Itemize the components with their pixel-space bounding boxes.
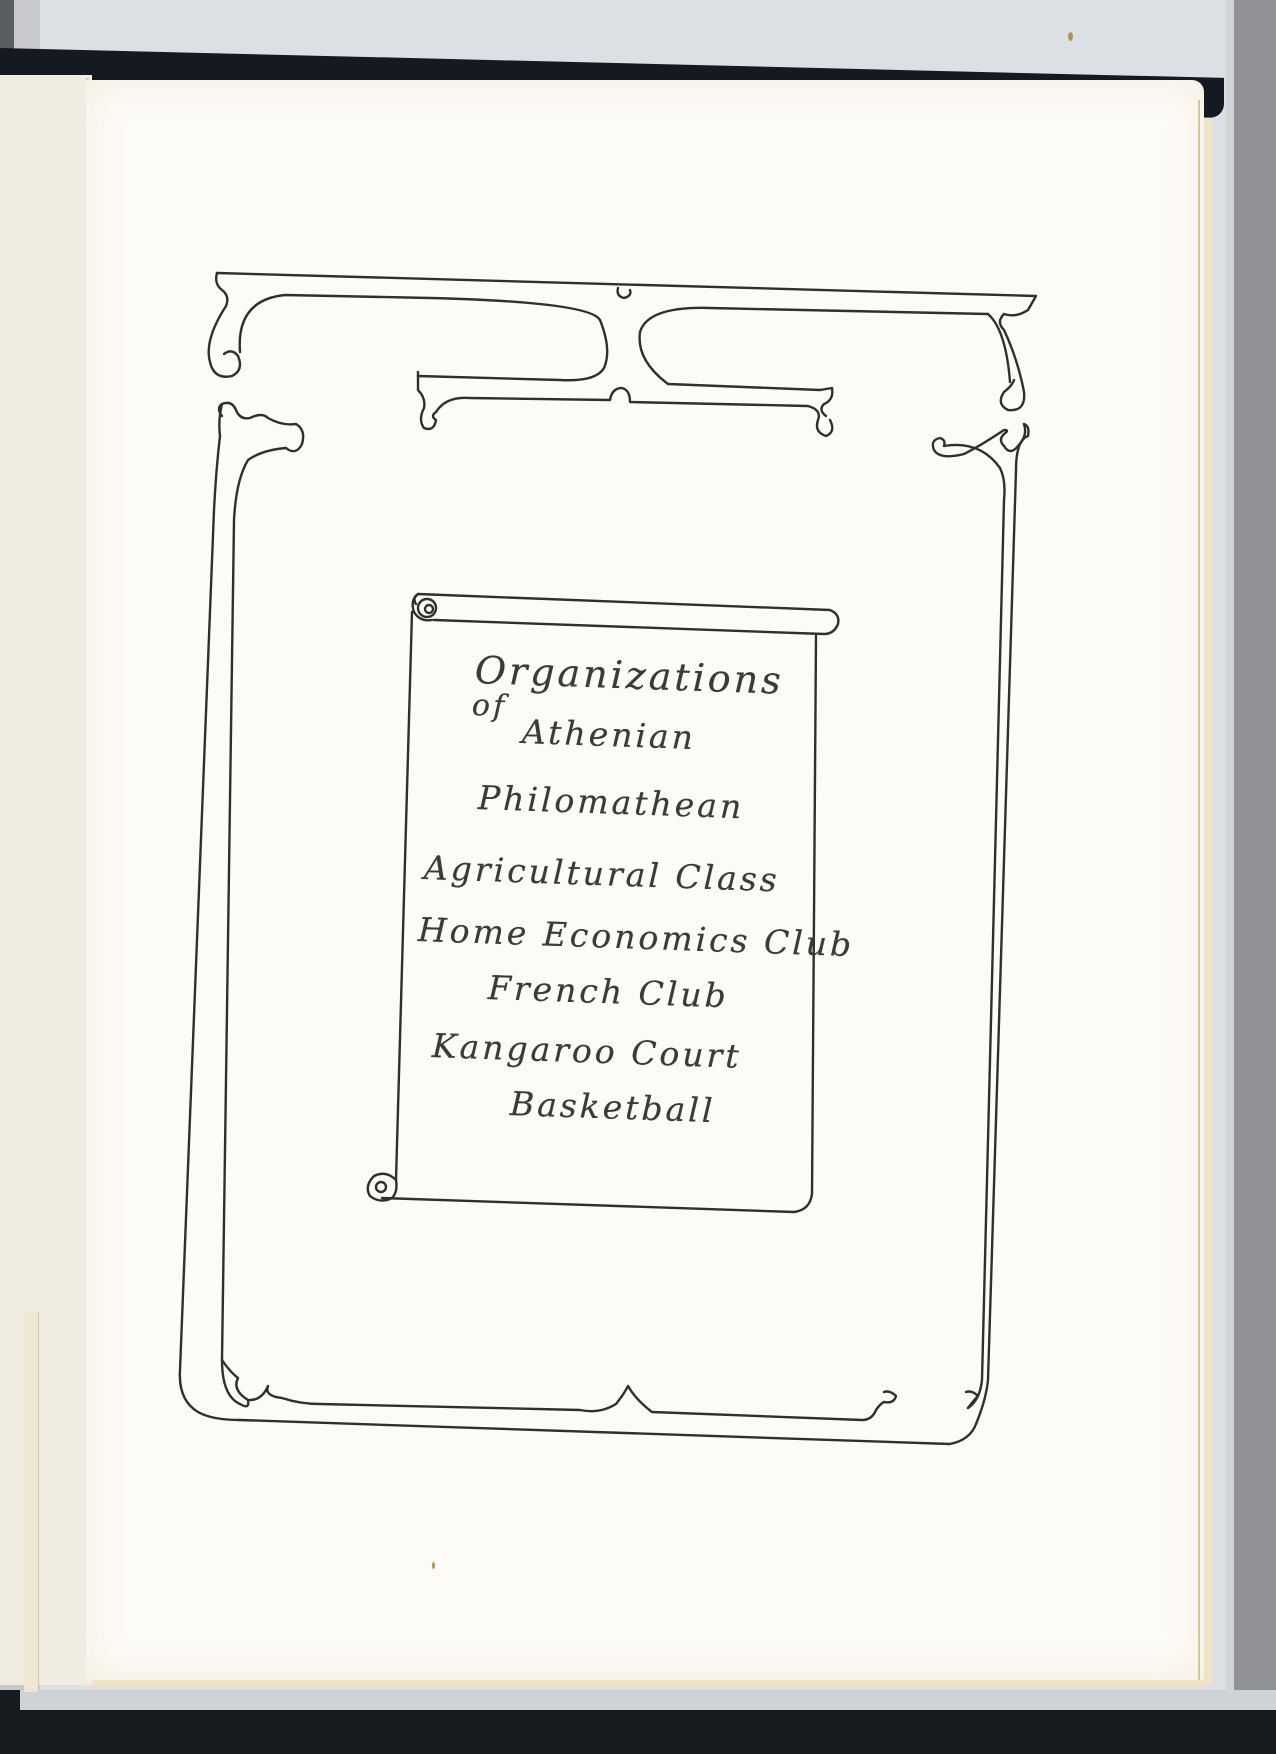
header-ornament (209, 273, 1036, 436)
list-heading-connector: of (471, 688, 507, 724)
list-item-athenian: Athenian (521, 712, 696, 757)
list-item-basketball: Basketball (509, 1084, 716, 1130)
scan-speck (1068, 32, 1073, 41)
list-item-french-club: French Club (487, 968, 729, 1015)
scan-speck (432, 1562, 435, 1569)
